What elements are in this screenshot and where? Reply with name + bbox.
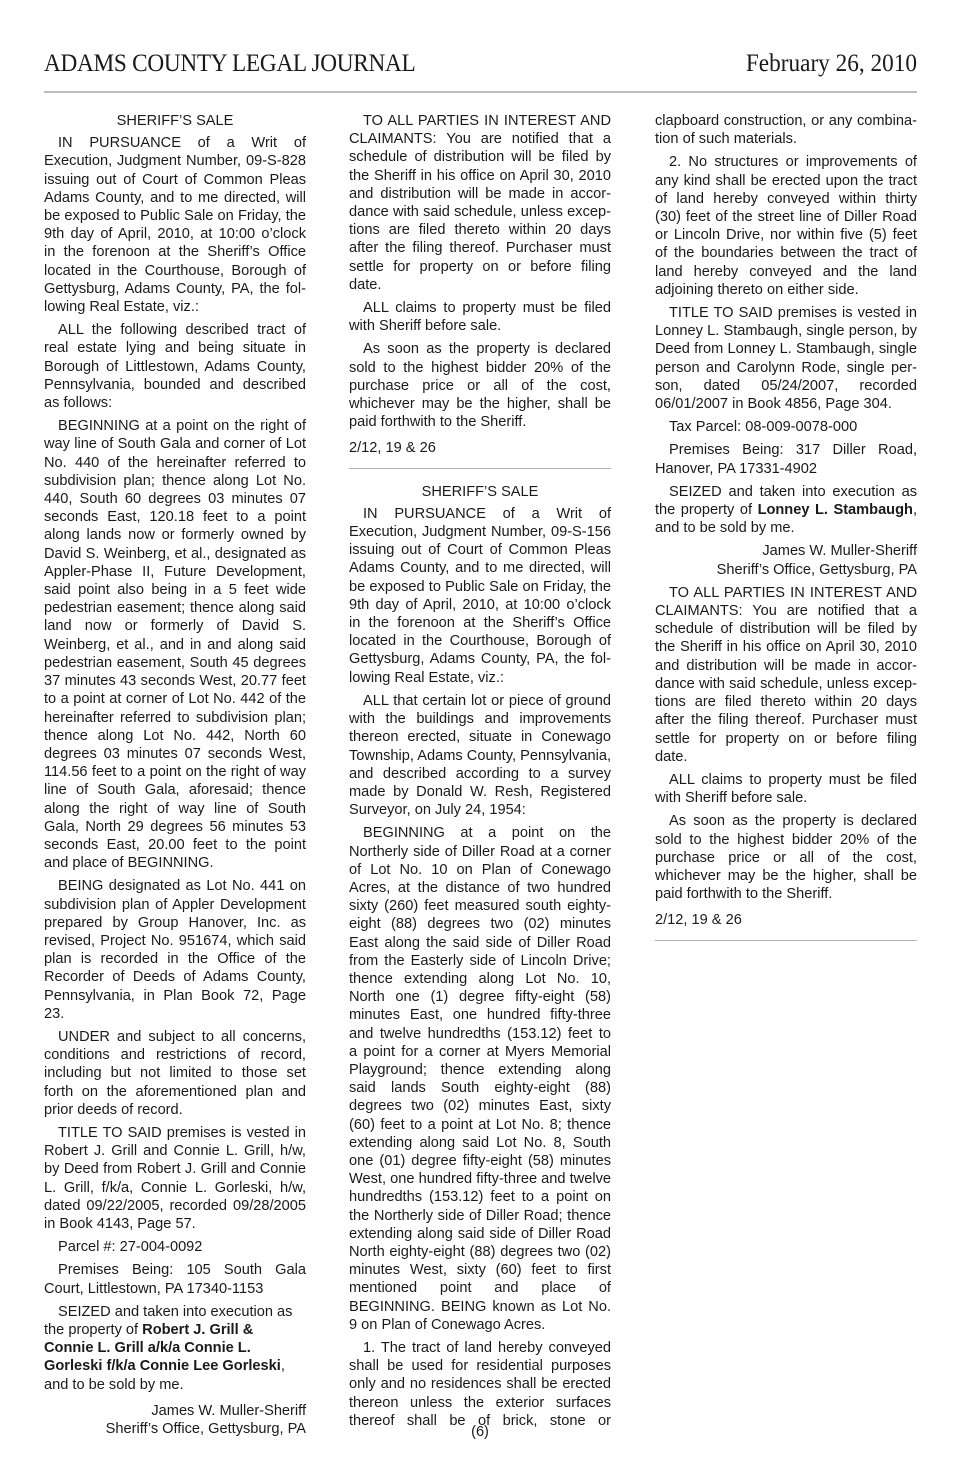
notice-2-signature-office: Sheriff’s Office, Gettysburg, PA — [655, 561, 917, 579]
header-divider — [44, 91, 917, 93]
notice-1-pursuance: IN PURSUANCE of a Writ of Execution, Jud… — [44, 134, 306, 316]
notice-divider — [349, 468, 611, 469]
notice-1-parcel: Parcel #: 27-004-0092 — [44, 1238, 306, 1256]
notice-1-premises: Premises Being: 105 South Gala Court, Li… — [44, 1261, 306, 1297]
page-header: ADAMS COUNTY LEGAL JOURNAL February 26, … — [44, 50, 917, 84]
notice-1-signature-name: James W. Muller-Sheriff — [44, 1402, 306, 1420]
column-2: TO ALL PARTIES IN INTEREST AND CLAIMANTS… — [349, 112, 611, 1435]
notice-2-description: ALL that certain lot or piece of ground … — [349, 692, 611, 819]
notice-1-to-all-parties: TO ALL PARTIES IN INTEREST AND CLAIMANTS… — [349, 112, 611, 294]
notice-1-publication-dates: 2/12, 19 & 26 — [349, 439, 611, 457]
notice-1-title: TITLE TO SAID premises is vested in Robe… — [44, 1124, 306, 1233]
notice-1-under: UNDER and subject to all concerns, condi… — [44, 1028, 306, 1119]
notice-2-seized: SEIZED and taken into execution as the p… — [655, 483, 917, 538]
notice-2-publication-dates: 2/12, 19 & 26 — [655, 911, 917, 929]
publication-title: ADAMS COUNTY LEGAL JOURNAL — [44, 50, 415, 78]
column-1: SHERIFF’S SALE IN PURSUANCE of a Writ of… — [44, 112, 306, 1443]
page-number: (6) — [0, 1424, 960, 1440]
notice-2-restriction-2: 2. No structures or improvements of any … — [655, 153, 917, 299]
notice-2-signature-name: James W. Muller-Sheriff — [655, 542, 917, 560]
notice-1-being: BEING designated as Lot No. 441 on subdi… — [44, 877, 306, 1023]
notice-2-pursuance: IN PURSUANCE of a Writ of Execution, Jud… — [349, 505, 611, 687]
notice-2-beginning: BEGINNING at a point on the Northerly si… — [349, 824, 611, 1334]
notice-2-restriction-1: 1. The tract of land hereby conveyed sha… — [349, 1339, 611, 1430]
notice-1-description: ALL the following described tract of rea… — [44, 321, 306, 412]
notice-2-claims: ALL claims to property must be filed wit… — [655, 771, 917, 807]
seized-owner: Lonney L. Stambaugh — [758, 502, 913, 518]
notice-2-premises: Premises Being: 317 Diller Road, Hanover… — [655, 441, 917, 477]
column-3: clapboard construction, or any combina­t… — [655, 112, 917, 955]
issue-date: February 26, 2010 — [746, 50, 917, 78]
notice-1-beginning: BEGINNING at a point on the right of way… — [44, 417, 306, 872]
notice-2-title: TITLE TO SAID premises is vested in Lonn… — [655, 304, 917, 413]
notice-1-seized: SEIZED and taken into execution as the p… — [44, 1303, 306, 1394]
notice-1-claims: ALL claims to property must be filed wit… — [349, 299, 611, 335]
notice-1-declared: As soon as the property is declared sold… — [349, 340, 611, 431]
notice-2-heading: SHERIFF’S SALE — [349, 483, 611, 501]
notice-end-divider — [655, 940, 917, 941]
notice-1-heading: SHERIFF’S SALE — [44, 112, 306, 130]
notice-2-parcel: Tax Parcel: 08-009-0078-000 — [655, 418, 917, 436]
notice-2-to-all-parties: TO ALL PARTIES IN INTEREST AND CLAIMANTS… — [655, 584, 917, 766]
notice-2-declared: As soon as the property is declared sold… — [655, 812, 917, 903]
notice-2-restriction-1-continued: clapboard construction, or any combina­t… — [655, 112, 917, 148]
